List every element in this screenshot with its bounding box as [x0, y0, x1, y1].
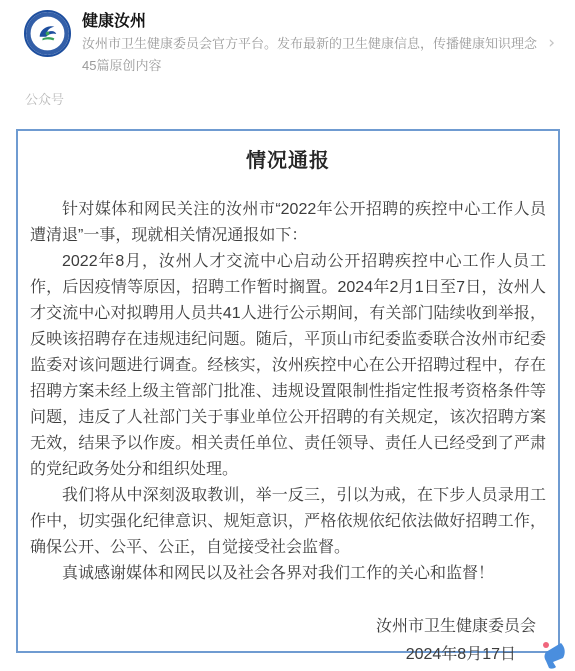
signature-date: 2024年8月17日 [30, 641, 536, 669]
notice-card: 情况通报 针对媒体和网民关注的汝州市“2022年公开招聘的疾控中心工作人员遭清退… [16, 129, 560, 653]
signature-name: 汝州市卫生健康委员会 [30, 613, 536, 641]
health-commission-emblem-icon [26, 12, 69, 55]
notice-paragraph: 我们将从中深刻汲取教训，举一反三，引以为戒，在下步人员录用工作中，切实强化纪律意… [30, 483, 546, 561]
megaphone-icon[interactable] [537, 640, 569, 670]
notice-paragraph: 2022年8月，汝州人才交流中心启动公开招聘疾控中心工作人员工作，后因疫情等原因… [30, 249, 546, 483]
account-meta: 健康汝州 汝州市卫生健康委员会官方平台。发布最新的卫生健康信息，传播健康知识理念… [82, 10, 555, 75]
megaphone-glyph [537, 640, 569, 670]
account-header: 健康汝州 汝州市卫生健康委员会官方平台。发布最新的卫生健康信息，传播健康知识理念… [24, 10, 555, 75]
account-type-label: 公众号 [25, 89, 64, 108]
account-name[interactable]: 健康汝州 [82, 11, 555, 32]
account-avatar[interactable] [24, 10, 71, 57]
original-content-count: 45篇原创内容 [82, 56, 555, 75]
notice-body: 针对媒体和网民关注的汝州市“2022年公开招聘的疾控中心工作人员遭清退”一事，现… [30, 197, 546, 587]
notice-paragraph: 真诚感谢媒体和网民以及社会各界对我们工作的关心和监督！ [30, 561, 546, 587]
account-description: 汝州市卫生健康委员会官方平台。发布最新的卫生健康信息，传播健康知识理念，提供相.… [82, 34, 537, 53]
chevron-right-icon[interactable]: › [548, 33, 555, 53]
notice-title: 情况通报 [30, 148, 546, 174]
signature-block: 汝州市卫生健康委员会 2024年8月17日 [30, 613, 546, 669]
notice-paragraph: 针对媒体和网民关注的汝州市“2022年公开招聘的疾控中心工作人员遭清退”一事，现… [30, 197, 546, 249]
